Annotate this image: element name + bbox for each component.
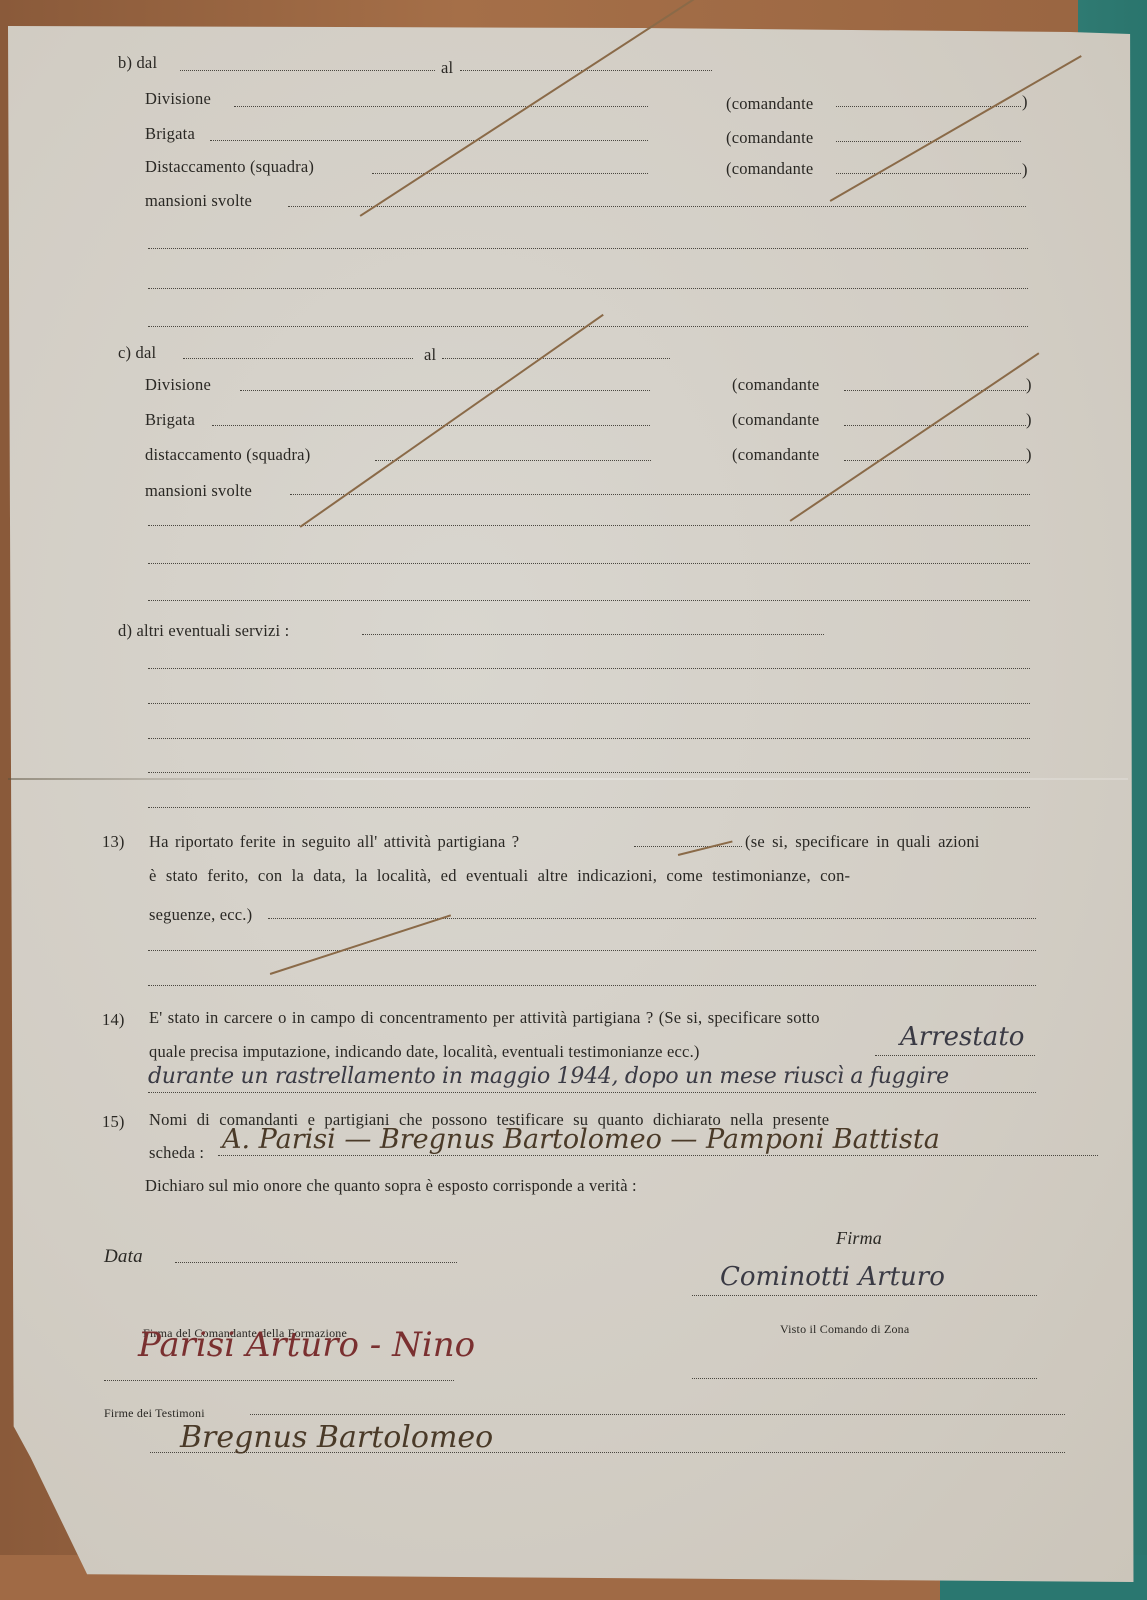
section-b-al-label: al — [441, 58, 453, 78]
section-b-brigata-label: Brigata — [145, 124, 195, 144]
firma-signature: Cominotti Arturo — [720, 1262, 945, 1292]
section-b-comandante-3-label: (comandante — [726, 159, 813, 179]
question-13-answer-field[interactable] — [634, 846, 742, 847]
question-14-text-1: E' stato in carcere o in campo di concen… — [149, 1008, 820, 1028]
visto-comando-zona-field[interactable] — [692, 1378, 1037, 1379]
question-13-details-field[interactable] — [268, 918, 1036, 919]
question-14-handwritten-1: Arrestato — [900, 1022, 1024, 1052]
section-c-line[interactable] — [148, 563, 1030, 564]
section-c-brigata-label: Brigata — [145, 410, 195, 430]
question-13-line[interactable] — [148, 985, 1036, 986]
section-d-line[interactable] — [148, 703, 1030, 704]
paren: ) — [1026, 410, 1032, 430]
section-b-line[interactable] — [148, 288, 1028, 289]
section-d-line[interactable] — [148, 668, 1030, 669]
section-c-comandante-2-field[interactable] — [844, 425, 1026, 426]
section-c-distaccamento-field[interactable] — [375, 460, 651, 461]
comandante-formazione-field[interactable] — [104, 1380, 454, 1381]
section-b-line[interactable] — [148, 248, 1028, 249]
section-d-line[interactable] — [148, 738, 1030, 739]
question-14-answer-field[interactable] — [875, 1055, 1035, 1056]
visto-comando-zona-label: Visto il Comando di Zona — [780, 1322, 909, 1337]
question-15-text-2: scheda : — [149, 1143, 204, 1163]
testimoni-field-1[interactable] — [250, 1414, 1065, 1415]
section-d-line[interactable] — [148, 807, 1030, 808]
section-c-comandante-3-label: (comandante — [732, 445, 819, 465]
section-c-comandante-3-field[interactable] — [844, 460, 1026, 461]
section-b-divisione-field[interactable] — [234, 106, 648, 107]
section-b-comandante-2-label: (comandante — [726, 128, 813, 148]
firma-field[interactable] — [692, 1295, 1037, 1296]
section-b-comandante-3-field[interactable] — [836, 173, 1021, 174]
question-13-text-2: è stato ferito, con la data, la località… — [149, 866, 850, 886]
section-b-line[interactable] — [148, 326, 1028, 327]
question-15-handwritten: A. Parisi — Bregnus Bartolomeo — Pamponi… — [222, 1124, 940, 1155]
paren: ) — [1022, 160, 1028, 180]
section-b-al-field[interactable] — [460, 70, 712, 71]
question-14-text-2: quale precisa imputazione, indicando dat… — [149, 1042, 700, 1062]
section-c-dal-label: c) dal — [118, 343, 156, 363]
question-15-answer-field[interactable] — [218, 1155, 1098, 1156]
question-13-text-1: Ha riportato ferite in seguito all' atti… — [149, 832, 519, 852]
section-b-dal-field[interactable] — [180, 70, 435, 71]
section-d-field[interactable] — [362, 634, 824, 635]
section-b-mansioni-label: mansioni svolte — [145, 191, 252, 211]
section-c-divisione-field[interactable] — [240, 390, 650, 391]
firma-label: Firma — [836, 1228, 882, 1249]
section-b-dal-label: b) dal — [118, 53, 157, 73]
section-c-brigata-field[interactable] — [212, 425, 650, 426]
fold-crease — [8, 778, 1128, 780]
section-c-al-field[interactable] — [442, 358, 670, 359]
section-b-distaccamento-label: Distaccamento (squadra) — [145, 157, 314, 177]
section-b-divisione-label: Divisione — [145, 89, 211, 109]
question-14-number: 14) — [102, 1010, 125, 1030]
question-13-line[interactable] — [148, 950, 1036, 951]
section-c-comandante-1-field[interactable] — [844, 390, 1026, 391]
section-c-distaccamento-label: distaccamento (squadra) — [145, 445, 310, 465]
section-b-mansioni-field[interactable] — [288, 206, 1026, 207]
paren: ) — [1026, 445, 1032, 465]
question-13-number: 13) — [102, 832, 125, 852]
comandante-signature: Parisi Arturo - Nino — [138, 1325, 475, 1365]
section-d-label: d) altri eventuali servizi : — [118, 621, 289, 641]
section-c-divisione-label: Divisione — [145, 375, 211, 395]
section-c-line[interactable] — [148, 525, 1030, 526]
question-13-text-1-tail: (se si, specificare in quali azioni — [745, 832, 980, 852]
section-c-al-label: al — [424, 345, 436, 365]
section-c-comandante-2-label: (comandante — [732, 410, 819, 430]
paren: ) — [1026, 375, 1032, 395]
section-c-dal-field[interactable] — [183, 358, 413, 359]
section-c-mansioni-field[interactable] — [290, 494, 1030, 495]
declaration-text: Dichiaro sul mio onore che quanto sopra … — [145, 1176, 637, 1196]
section-c-comandante-1-label: (comandante — [732, 375, 819, 395]
data-label: Data — [104, 1246, 143, 1268]
testimoni-signature: Bregnus Bartolomeo — [180, 1420, 493, 1455]
paren: ) — [1022, 92, 1028, 112]
section-b-distaccamento-field[interactable] — [372, 173, 648, 174]
question-14-line[interactable] — [148, 1092, 1036, 1093]
section-c-line[interactable] — [148, 600, 1030, 601]
question-13-text-3: seguenze, ecc.) — [149, 905, 252, 925]
section-b-comandante-1-label: (comandante — [726, 94, 813, 114]
question-15-number: 15) — [102, 1112, 125, 1132]
section-d-line[interactable] — [148, 772, 1030, 773]
question-14-handwritten-2: durante un rastrellamento in maggio 1944… — [148, 1064, 949, 1089]
section-b-brigata-field[interactable] — [210, 140, 648, 141]
data-field[interactable] — [175, 1262, 457, 1263]
section-c-mansioni-label: mansioni svolte — [145, 481, 252, 501]
firme-testimoni-label: Firme dei Testimoni — [104, 1406, 205, 1421]
